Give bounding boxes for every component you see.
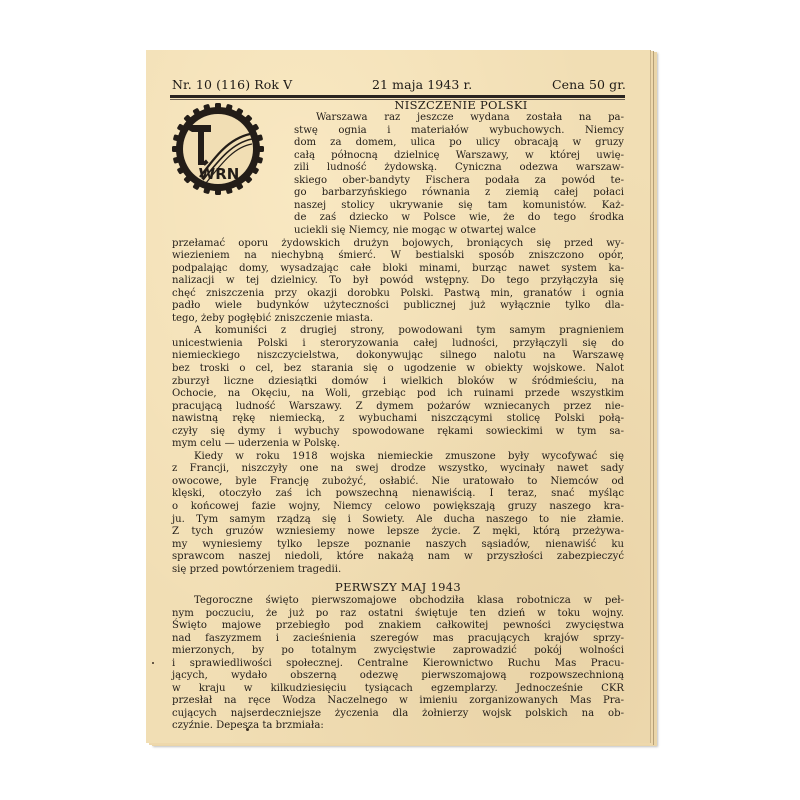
text-line: Święto majowe przebiegło pod znakiem cał…	[172, 620, 624, 633]
text-line: i sprawiedliwości społecznej. Centralne …	[172, 658, 624, 671]
text-line: unicestwienia Polski i steroryzowania ca…	[172, 338, 624, 351]
text-line: go barbarzyńskiego równania z ziemią cał…	[294, 187, 624, 200]
text-line: Z tych gruzów wzniesiemy nowe lepsze życ…	[172, 526, 624, 539]
text-line: chęć zniszczenia przy okazji dorobku Pol…	[172, 288, 624, 301]
text-line: bez troski o cel, bez starania się o ugo…	[172, 363, 624, 376]
text-line: nad faszyzmem i zacieśnienia szeregów ma…	[172, 633, 624, 646]
masthead: Nr. 10 (116) Rok V 21 maja 1943 r. Cena …	[172, 77, 626, 92]
article1-body: przełamać oporu żydowskich drużyn bojowy…	[172, 238, 624, 577]
text-line: nym poczuciu, że już po raz ostatni świę…	[172, 608, 624, 621]
text-line: owocowe, byle Francję zubożyć, osłabić. …	[172, 476, 624, 489]
text-line: wiezieniem na niechybną śmierć. W bestia…	[172, 250, 624, 263]
article1-intro-column: Warszawa raz jeszcze wydana została na p…	[294, 112, 624, 237]
text-line: naszej stolicy ukrywanie się tam komunis…	[294, 200, 624, 213]
svg-text:WRN: WRN	[199, 165, 240, 183]
text-line: ju. Tym samym rządzą się i Sowiety. Ale …	[172, 514, 624, 527]
text-line: czyły się dymy i wybuchy spowodowane ręk…	[172, 426, 624, 439]
text-line: mierzonych, by po totalnym zwycięstwie z…	[172, 645, 624, 658]
text-line: jących, wydało obszerną odezwę pierwszom…	[172, 670, 624, 683]
text-line: sprawcom naszej niedoli, które nakażą na…	[172, 551, 624, 564]
text-line: stwę ognia i materiałów wybuchowych. Nie…	[294, 125, 624, 138]
text-line: przełamać oporu żydowskich drużyn bojowy…	[172, 238, 624, 251]
text-line: tego, żeby pogłębić zniszczenie miasta.	[172, 313, 624, 326]
text-line: uciekli się Niemcy, nie mogąc w otwartej…	[294, 225, 624, 238]
text-line: zili ludność żydowską. Cyniczna odezwa w…	[294, 162, 624, 175]
text-line: nalizacji w tej dzielnicy. To był powód …	[172, 275, 624, 288]
text-line: A komuniści z drugiej strony, powodowani…	[172, 325, 624, 338]
text-line: skiego ober-bandyty Fischera podała za p…	[294, 175, 624, 188]
text-line: w kraju w kilkudziesięciu tysiącach egze…	[172, 683, 624, 696]
text-line: się przed powtórzeniem tragedii.	[172, 564, 624, 577]
paper-speck	[152, 662, 154, 664]
text-line: całą północną dzielnicę Warszawy, w któr…	[294, 150, 624, 163]
text-line: de zaś dziecko w Polsce wie, że do tego …	[294, 212, 624, 225]
text-line: o końcowej fazie wojny, Niemcy celowo po…	[172, 501, 624, 514]
article2-body: Tegoroczne święto pierwszomajowe obchodz…	[172, 595, 624, 733]
text-line: Kiedy w roku 1918 wojska niemieckie zmus…	[172, 451, 624, 464]
issue-date: 21 maja 1943 r.	[372, 77, 472, 92]
issue-price: Cena 50 gr.	[552, 77, 626, 92]
text-line: Warszawa raz jeszcze wydana została na p…	[294, 112, 624, 125]
wrn-emblem-icon: WRN	[170, 99, 266, 195]
text-line: niemieckiego niszczycielstwa, dokonywują…	[172, 350, 624, 363]
article-title-niszczenie-polski: NISZCZENIE POLSKI	[296, 98, 626, 112]
text-line: nawistną rękę niemiecką, z wybuchami nis…	[172, 413, 624, 426]
text-line: dom za domem, ulica po ulicy obracają w …	[294, 137, 624, 150]
newspaper-page: Nr. 10 (116) Rok V 21 maja 1943 r. Cena …	[146, 50, 651, 743]
text-line: Ochocie, na Okęciu, na Woli, grzebiąc po…	[172, 388, 624, 401]
text-line: zburzył liczne dziesiątki domów i wielki…	[172, 376, 624, 389]
text-line: czyźnie. Depesza ta brzmiała:	[172, 720, 624, 733]
text-line: z Francji, niszczyły one na swej drodze …	[172, 463, 624, 476]
text-line: przesłał na ręce Wodza Naczelnego w imie…	[172, 695, 624, 708]
paper-speck	[246, 728, 249, 731]
text-line: Tegoroczne święto pierwszomajowe obchodz…	[172, 595, 624, 608]
text-line: cujących najserdeczniejsze życzenia dla …	[172, 708, 624, 721]
text-line: my wyniesiemy tylko lepsze poznanie nasz…	[172, 539, 624, 552]
article-title-perwszy-maj: PERWSZY MAJ 1943	[172, 580, 624, 594]
text-line: podpalając domy, wysadzając całe bloki m…	[172, 263, 624, 276]
issue-number: Nr. 10 (116) Rok V	[172, 77, 292, 92]
text-line: klęski, otoczyło zaś ich powszechną nien…	[172, 488, 624, 501]
text-line: padło wiele budynków użyteczności public…	[172, 300, 624, 313]
text-line: mym celu — uderzenia w Polskę.	[172, 438, 624, 451]
text-line: pracującą ludność Warszawy. Z dymem poża…	[172, 401, 624, 414]
